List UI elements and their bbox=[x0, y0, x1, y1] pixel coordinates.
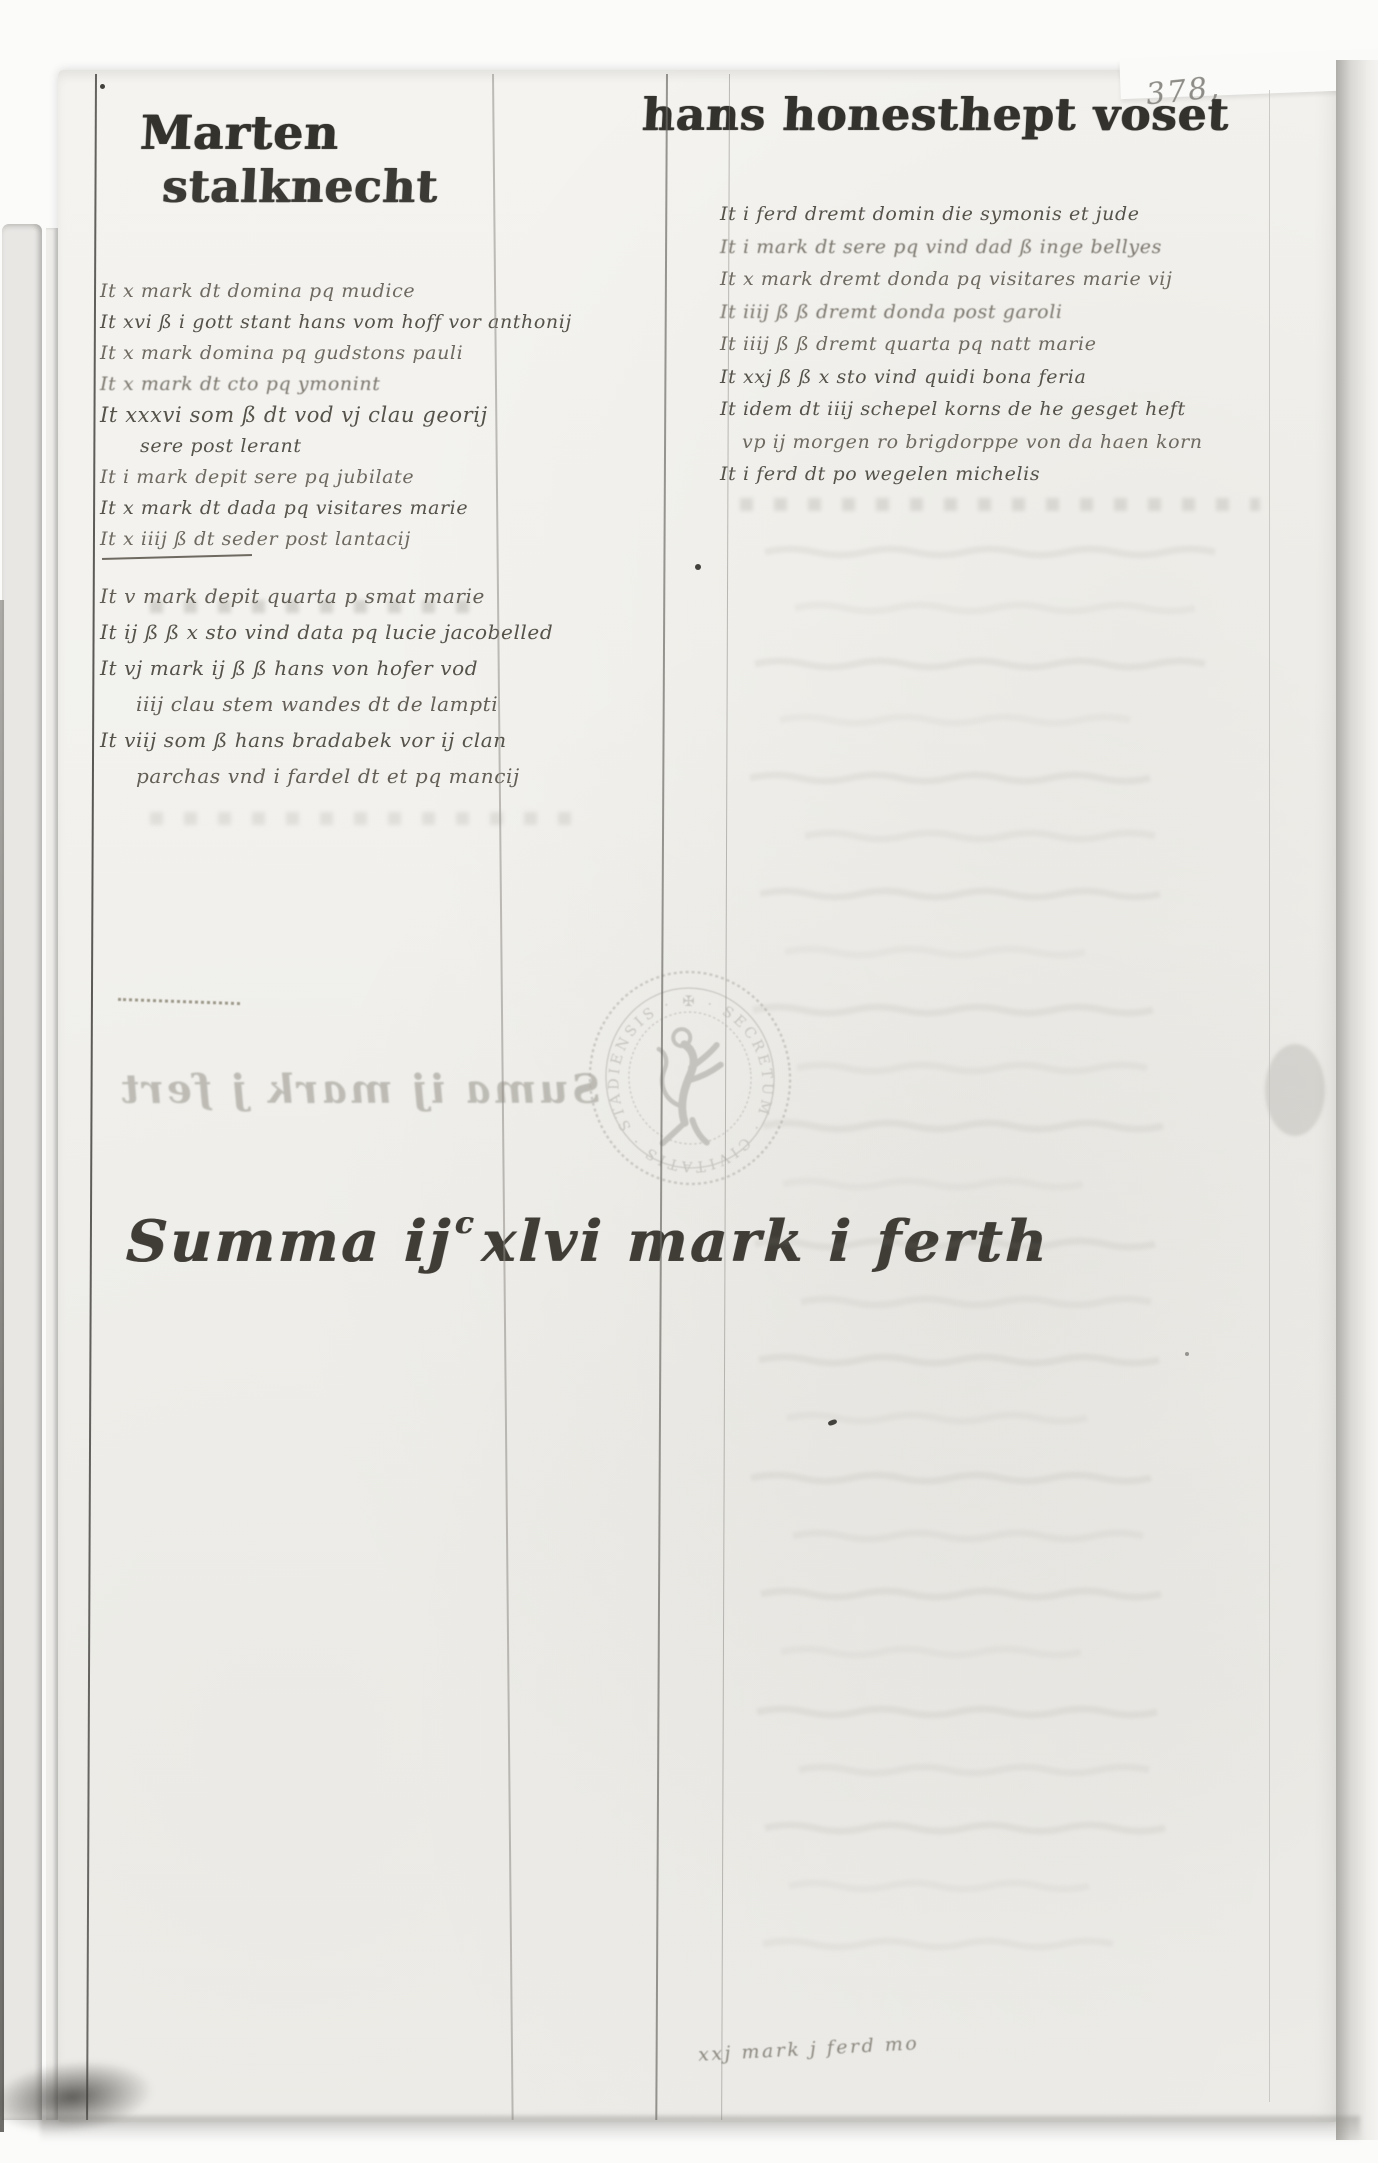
ledger-entry-line: It x mark dt cto pq ymonint bbox=[100, 369, 572, 400]
seal-lion-figure bbox=[651, 1025, 729, 1147]
ink-speck bbox=[695, 564, 701, 570]
ledger-entry-line: It iiij ß ß dremt donda post garoli bbox=[720, 296, 1203, 329]
ledger-entry-line: It i mark dt sere pq vind dad ß inge bel… bbox=[720, 231, 1203, 264]
ledger-entry-line: It i ferd dt po wegelen michelis bbox=[720, 458, 1203, 491]
ledger-entry-line: vp ij morgen ro brigdorppe von da haen k… bbox=[720, 426, 1203, 459]
ink-smudge-row bbox=[150, 600, 480, 613]
gutter-leaf-strip bbox=[2, 224, 42, 2120]
page-right-edge bbox=[1336, 60, 1378, 2140]
ledger-entry-line: It ij ß ß x sto vind data pq lucie jacob… bbox=[100, 614, 553, 650]
summa-superscript: c bbox=[454, 1206, 477, 1241]
ledger-entry-line: It idem dt iiij schepel korns de he gesg… bbox=[720, 393, 1203, 426]
page-bottom-shadow bbox=[40, 2116, 1360, 2142]
left-heading-line1: Marten bbox=[139, 106, 341, 161]
ledger-entry-line: It vj mark ij ß ß hans von hofer vod bbox=[100, 650, 553, 686]
ledger-entry-line: It iiij ß ß dremt quarta pq natt marie bbox=[720, 328, 1203, 361]
ledger-entry-line: It x iiij ß dt seder post lantacij bbox=[100, 524, 572, 555]
ledger-entry-line: It xxxvi som ß dt vod vj clau georij bbox=[100, 400, 572, 431]
ink-smudge-row bbox=[150, 812, 580, 825]
manuscript-scan: 378, Marten stalknecht hans honesthept v… bbox=[0, 0, 1378, 2163]
ledger-entry-line: It x mark dremt donda pq visitares marie… bbox=[720, 263, 1203, 296]
ledger-entry-line: It xxj ß ß x sto vind quidi bona feria bbox=[720, 361, 1203, 394]
ledger-entry-line: It viij som ß hans bradabek vor ij clan bbox=[100, 722, 553, 758]
left-entries-block1: It x mark dt domina pq mudice It xvi ß i… bbox=[100, 276, 572, 555]
bleedthrough-texture bbox=[735, 530, 1335, 2004]
ledger-entry-line: It x mark domina pq gudstons pauli bbox=[100, 338, 572, 369]
right-rule-line bbox=[1269, 90, 1270, 2102]
ledger-entry-line: It i mark depit sere pq jubilate bbox=[100, 462, 572, 493]
left-heading-line2: stalknecht bbox=[161, 160, 440, 213]
ledger-entry-line: It x mark dt dada pq visitares marie bbox=[100, 493, 572, 524]
binding-edge-shadow bbox=[0, 600, 4, 2132]
right-entries: It i ferd dremt domin die symonis et jud… bbox=[720, 198, 1203, 491]
summa-word: Summa ij bbox=[125, 1208, 454, 1275]
ledger-entry-line: It xvi ß i gott stant hans vom hoff vor … bbox=[100, 307, 572, 338]
ink-smudge-row bbox=[740, 498, 1260, 511]
ledger-entry-line: It x mark dt domina pq mudice bbox=[100, 276, 572, 307]
ledger-entry-line: sere post lerant bbox=[100, 431, 572, 462]
ink-speck bbox=[100, 84, 105, 89]
gutter-leaf-strip bbox=[46, 228, 58, 2120]
ledger-entry-line: iiij clau stem wandes dt de lampti bbox=[100, 686, 553, 722]
ledger-entry-line: It i ferd dremt domin die symonis et jud… bbox=[720, 198, 1203, 231]
mirror-offset-note: Suma ij mark j fert bbox=[116, 1066, 603, 1113]
ledger-entry-line: parchas vnd i fardel dt et pq mancij bbox=[100, 758, 553, 794]
